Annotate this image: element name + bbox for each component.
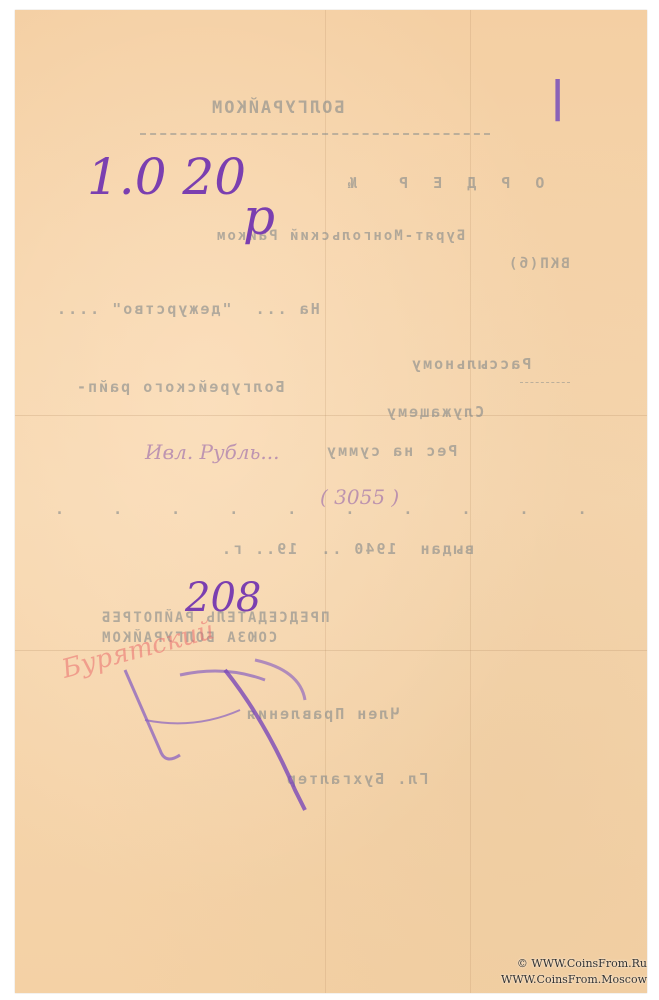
handwritten-amount-suffix: р xyxy=(243,188,275,246)
typed-recipient1: Рассыльному xyxy=(410,355,531,373)
typed-header: БОЛГУРАЙКОМ xyxy=(210,98,345,118)
fold-line xyxy=(15,415,647,416)
handwritten-number: 208 xyxy=(185,575,261,621)
header-rule xyxy=(140,133,490,135)
watermark-line2: WWW.CoinsFrom.Moscow xyxy=(501,973,647,986)
handwritten-mark: | xyxy=(550,72,565,121)
handwritten-amount: 1.0 20 xyxy=(87,148,246,206)
handwritten-sum-words: Ивл. Рубль... xyxy=(145,440,280,464)
typed-recipient2: Служащему xyxy=(385,403,484,421)
typed-sum: Рес на сумму xyxy=(325,442,457,460)
watermark-line1: © WWW.CoinsFrom.Ru xyxy=(517,957,647,970)
typed-subtitle2: ВКП(б) xyxy=(507,256,570,272)
typed-title: О Р Д Е Р № xyxy=(340,174,544,192)
typed-dots: . . . . . . . . . . xyxy=(35,500,587,518)
handwritten-sum-words2: ( 3055 ) xyxy=(320,485,399,509)
typed-line1: На ... "дежурство" .... xyxy=(55,300,320,318)
signature xyxy=(105,650,345,830)
typed-date: выдан 1940 .. 19.. г. xyxy=(220,540,474,558)
typed-dept: Болгурейского райп- xyxy=(75,378,285,396)
short-rule xyxy=(520,382,570,383)
document-paper: БОЛГУРАЙКОМ О Р Д Е Р № Бурят-Монгольски… xyxy=(15,10,647,993)
